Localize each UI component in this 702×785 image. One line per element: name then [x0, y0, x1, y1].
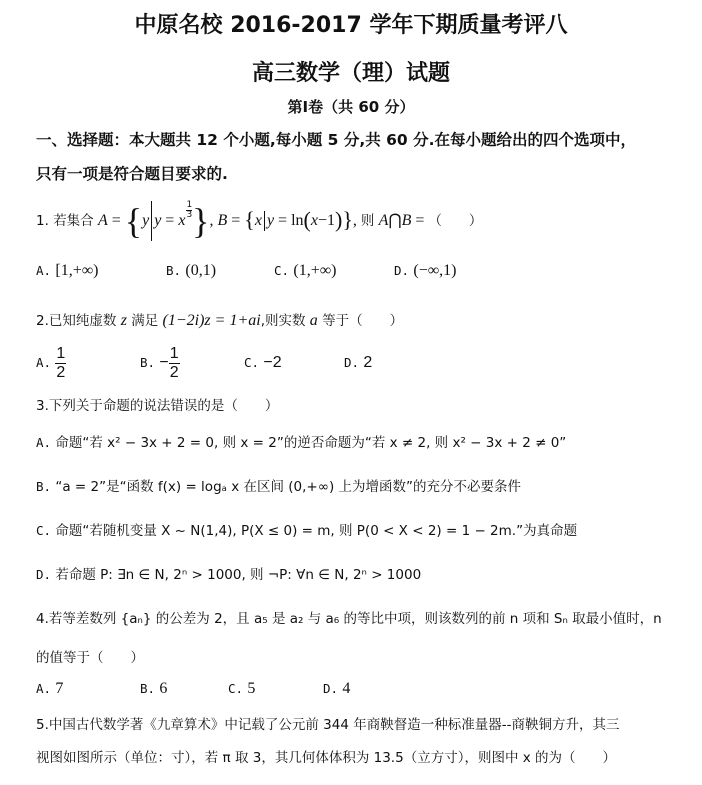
stem-text: 满足: [131, 313, 158, 329]
option-label: B.: [36, 479, 51, 494]
question-number: 5.: [36, 717, 49, 733]
question-3-stem: 3.下列关于命题的说法错误的是（ ）: [36, 394, 278, 414]
question-4-options: A. 7B. 6C. 5D. 4: [36, 680, 350, 698]
question-number: 3.: [36, 398, 49, 414]
option-d[interactable]: D. 2: [344, 343, 372, 383]
option-label: A.: [36, 435, 51, 450]
option-d[interactable]: D. 4: [323, 680, 350, 698]
exam-title: 中原名校 2016-2017 学年下期质量考评八: [0, 8, 702, 39]
option-text: “a = 2”是“函数 f(x) = logₐ x 在区间 (0,+∞) 上为增…: [55, 479, 521, 495]
stem-text: 若等差数列 {aₙ} 的公差为 2，且 a₅ 是 a₂ 与 a₆ 的等比中项，则…: [49, 611, 662, 627]
question-number: 2.: [36, 313, 49, 329]
stem-text: 下列关于命题的说法错误的是（ ）: [49, 398, 279, 414]
question-2-stem: 2.已知纯虚数 z 满足 (1−2i)z = 1+ai,则实数 a 等于（ ）: [36, 309, 403, 330]
option-a[interactable]: A. 7: [36, 680, 140, 698]
question-4-stem-line2: 的值等于（ ）: [36, 646, 144, 666]
option-text: 命题“若随机变量 X ~ N(1,4), P(X ≤ 0) = m, 则 P(0…: [55, 523, 577, 539]
question-3-option-d[interactable]: D. 若命题 P: ∃n ∈ N, 2ⁿ > 1000, 则 ¬P: ∀n ∈ …: [36, 563, 421, 583]
section-instructions-line2: 只有一项是符合题目要求的.: [36, 162, 228, 184]
option-text: 若命题 P: ∃n ∈ N, 2ⁿ > 1000, 则 ¬P: ∀n ∈ N, …: [55, 567, 421, 583]
option-a[interactable]: A. 12: [36, 343, 140, 383]
stem-text: ,则实数: [261, 313, 306, 329]
var-a: a: [310, 312, 318, 329]
stem-text: 中国古代数学著《九章算术》中记载了公元前 344 年商鞅督造一种标准量器--商鞅…: [49, 717, 620, 733]
stem-text: 若集合: [53, 213, 94, 229]
option-b[interactable]: B. (0,1): [166, 262, 274, 280]
question-number: 1.: [36, 213, 49, 229]
option-label: D.: [36, 567, 51, 582]
option-c[interactable]: C. (1,+∞): [274, 262, 394, 280]
question-number: 4.: [36, 611, 49, 627]
option-text: 命题“若 x² − 3x + 2 = 0, 则 x = 2”的逆否命题为“若 x…: [55, 435, 566, 451]
question-3-option-a[interactable]: A. 命题“若 x² − 3x + 2 = 0, 则 x = 2”的逆否命题为“…: [36, 431, 566, 451]
equation: (1−2i)z = 1+ai: [163, 312, 261, 329]
stem-text: 等于（ ）: [322, 313, 403, 329]
var-z: z: [121, 312, 127, 329]
question-3-option-c[interactable]: C. 命题“若随机变量 X ~ N(1,4), P(X ≤ 0) = m, 则 …: [36, 519, 577, 539]
option-c[interactable]: C. −2: [244, 343, 344, 383]
option-d[interactable]: D. (−∞,1): [394, 262, 456, 280]
exam-subtitle: 高三数学（理）试题: [0, 56, 702, 87]
option-c[interactable]: C. 5: [228, 680, 323, 698]
question-5-stem-line1: 5.中国古代数学著《九章算术》中记载了公元前 344 年商鞅督造一种标准量器--…: [36, 713, 619, 733]
question-2-options: A. 12B. −12C. −2D. 2: [36, 343, 372, 383]
question-3-option-b[interactable]: B. “a = 2”是“函数 f(x) = logₐ x 在区间 (0,+∞) …: [36, 475, 521, 495]
question-1-options: A. [1,+∞)B. (0,1)C. (1,+∞)D. (−∞,1): [36, 262, 456, 280]
question-1-stem: 1. 若集合 A = {yy = x13}, B = {xy = ln(x−1)…: [36, 200, 482, 240]
option-label: C.: [36, 523, 51, 538]
question-5-stem-line2: 视图如图所示（单位：寸），若 π 取 3，其几何体体积为 13.5（立方寸），则…: [36, 746, 616, 766]
option-b[interactable]: B. 6: [140, 680, 228, 698]
volume-heading: 第Ⅰ卷（共 60 分）: [0, 96, 702, 117]
option-b[interactable]: B. −12: [140, 343, 244, 383]
question-4-stem-line1: 4.若等差数列 {aₙ} 的公差为 2，且 a₅ 是 a₂ 与 a₆ 的等比中项…: [36, 607, 662, 627]
section-instructions-line1: 一、选择题：本大题共 12 个小题,每小题 5 分,共 60 分.在每小题给出的…: [36, 128, 636, 150]
option-a[interactable]: A. [1,+∞): [36, 262, 166, 280]
stem-text: 已知纯虚数: [49, 313, 117, 329]
